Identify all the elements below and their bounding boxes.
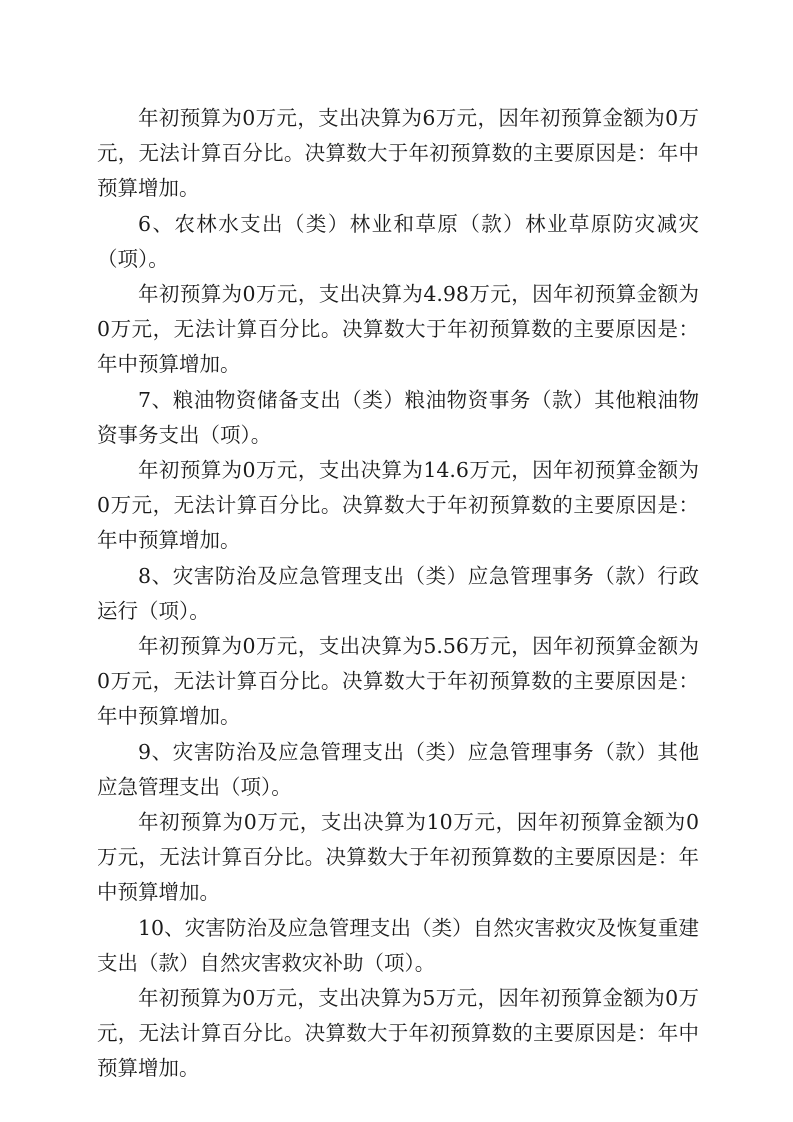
item-heading-7: 7、粮油物资储备支出（类）粮油物资事务（款）其他粮油物资事务支出（项）。 — [97, 383, 699, 453]
budget-explanation-paragraph: 年初预算为0万元，支出决算为4.98万元，因年初预算金额为0万元，无法计算百分比… — [97, 277, 699, 383]
item-heading-6: 6、农林水支出（类）林业和草原（款）林业草原防灾减灾（项）。 — [97, 207, 699, 277]
budget-explanation-paragraph: 年初预算为0万元，支出决算为10万元，因年初预算金额为0万元，无法计算百分比。决… — [97, 805, 699, 911]
document-page: 年初预算为0万元，支出决算为6万元，因年初预算金额为0万元，无法计算百分比。决算… — [97, 101, 699, 1087]
budget-explanation-paragraph: 年初预算为0万元，支出决算为5万元，因年初预算金额为0万元，无法计算百分比。决算… — [97, 981, 699, 1087]
item-heading-10: 10、灾害防治及应急管理支出（类）自然灾害救灾及恢复重建支出（款）自然灾害救灾补… — [97, 911, 699, 981]
item-heading-9: 9、灾害防治及应急管理支出（类）应急管理事务（款）其他应急管理支出（项）。 — [97, 735, 699, 805]
item-heading-8: 8、灾害防治及应急管理支出（类）应急管理事务（款）行政运行（项）。 — [97, 559, 699, 629]
budget-explanation-paragraph: 年初预算为0万元，支出决算为14.6万元，因年初预算金额为0万元，无法计算百分比… — [97, 453, 699, 559]
budget-explanation-paragraph: 年初预算为0万元，支出决算为6万元，因年初预算金额为0万元，无法计算百分比。决算… — [97, 101, 699, 207]
budget-explanation-paragraph: 年初预算为0万元，支出决算为5.56万元，因年初预算金额为0万元，无法计算百分比… — [97, 629, 699, 735]
